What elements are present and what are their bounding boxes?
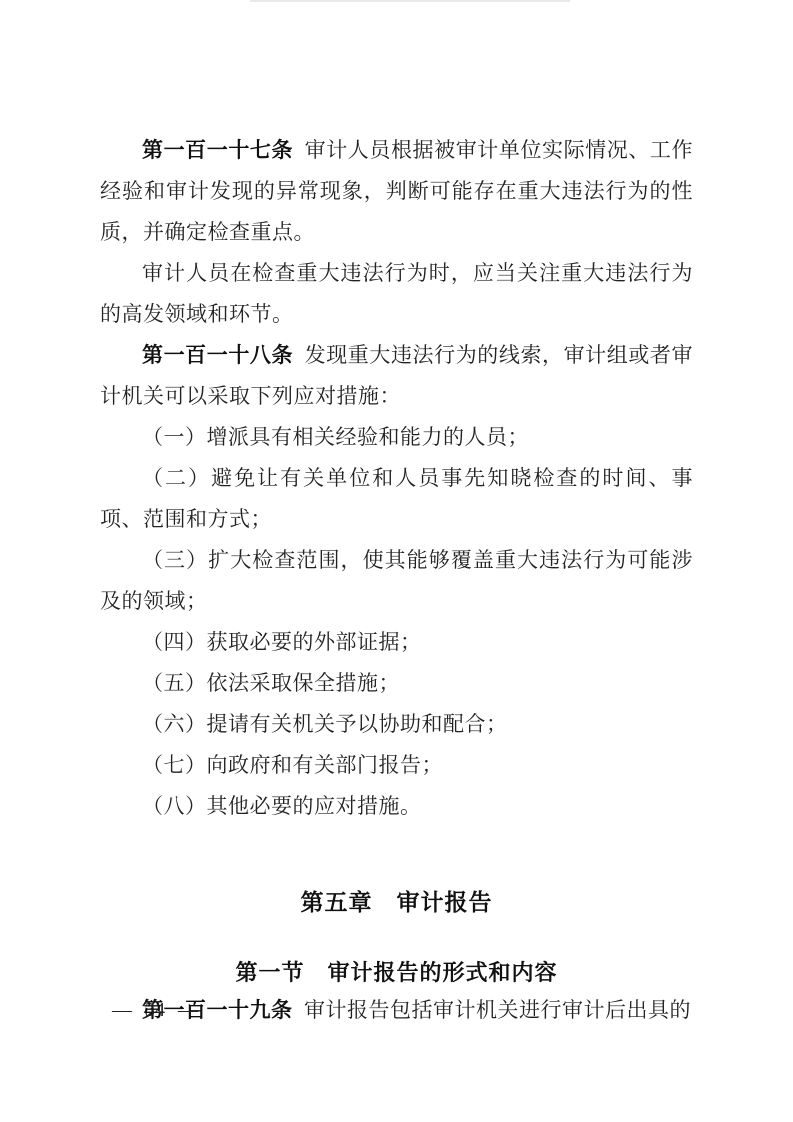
document-page: 第一百一十七条审计人员根据被审计单位实际情况、工作经验和审计发现的异常现象，判断… bbox=[0, 0, 793, 1122]
list-item-1: （一）增派具有相关经验和能力的人员； bbox=[100, 417, 693, 458]
article-117-number: 第一百一十七条 bbox=[142, 139, 293, 162]
article-118-paragraph: 第一百一十八条发现重大违法行为的线索，审计组或者审计机关可以采取下列应对措施： bbox=[100, 335, 693, 417]
article-117-paragraph-2-text: 审计人员在检查重大违法行为时，应当关注重大违法行为的高发领域和环节。 bbox=[100, 261, 693, 326]
scan-artifact-line bbox=[250, 0, 570, 2]
article-117-paragraph-1: 第一百一十七条审计人员根据被审计单位实际情况、工作经验和审计发现的异常现象，判断… bbox=[100, 130, 693, 253]
article-117-paragraph-2: 审计人员在检查重大违法行为时，应当关注重大违法行为的高发领域和环节。 bbox=[100, 253, 693, 335]
list-item-7: （七）向政府和有关部门报告； bbox=[100, 745, 693, 786]
list-item-4: （四）获取必要的外部证据； bbox=[100, 622, 693, 663]
article-119-text: 审计报告包括审计机关进行审计后出具的 bbox=[304, 998, 691, 1022]
document-body: 第一百一十七条审计人员根据被审计单位实际情况、工作经验和审计发现的异常现象，判断… bbox=[100, 130, 693, 1031]
page-number: — 34 — bbox=[112, 999, 198, 1022]
list-item-5: （五）依法采取保全措施； bbox=[100, 663, 693, 704]
list-item-3: （三）扩大检查范围，使其能够覆盖重大违法行为可能涉及的领域； bbox=[100, 540, 693, 622]
article-118-number: 第一百一十八条 bbox=[142, 344, 293, 367]
list-item-6: （六）提请有关机关予以协助和配合； bbox=[100, 704, 693, 745]
section-heading: 第一节 审计报告的形式和内容 bbox=[100, 956, 693, 990]
chapter-heading: 第五章 审计报告 bbox=[100, 884, 693, 920]
list-item-8: （八）其他必要的应对措施。 bbox=[100, 786, 693, 827]
list-item-2: （二）避免让有关单位和人员事先知晓检查的时间、事项、范围和方式； bbox=[100, 458, 693, 540]
